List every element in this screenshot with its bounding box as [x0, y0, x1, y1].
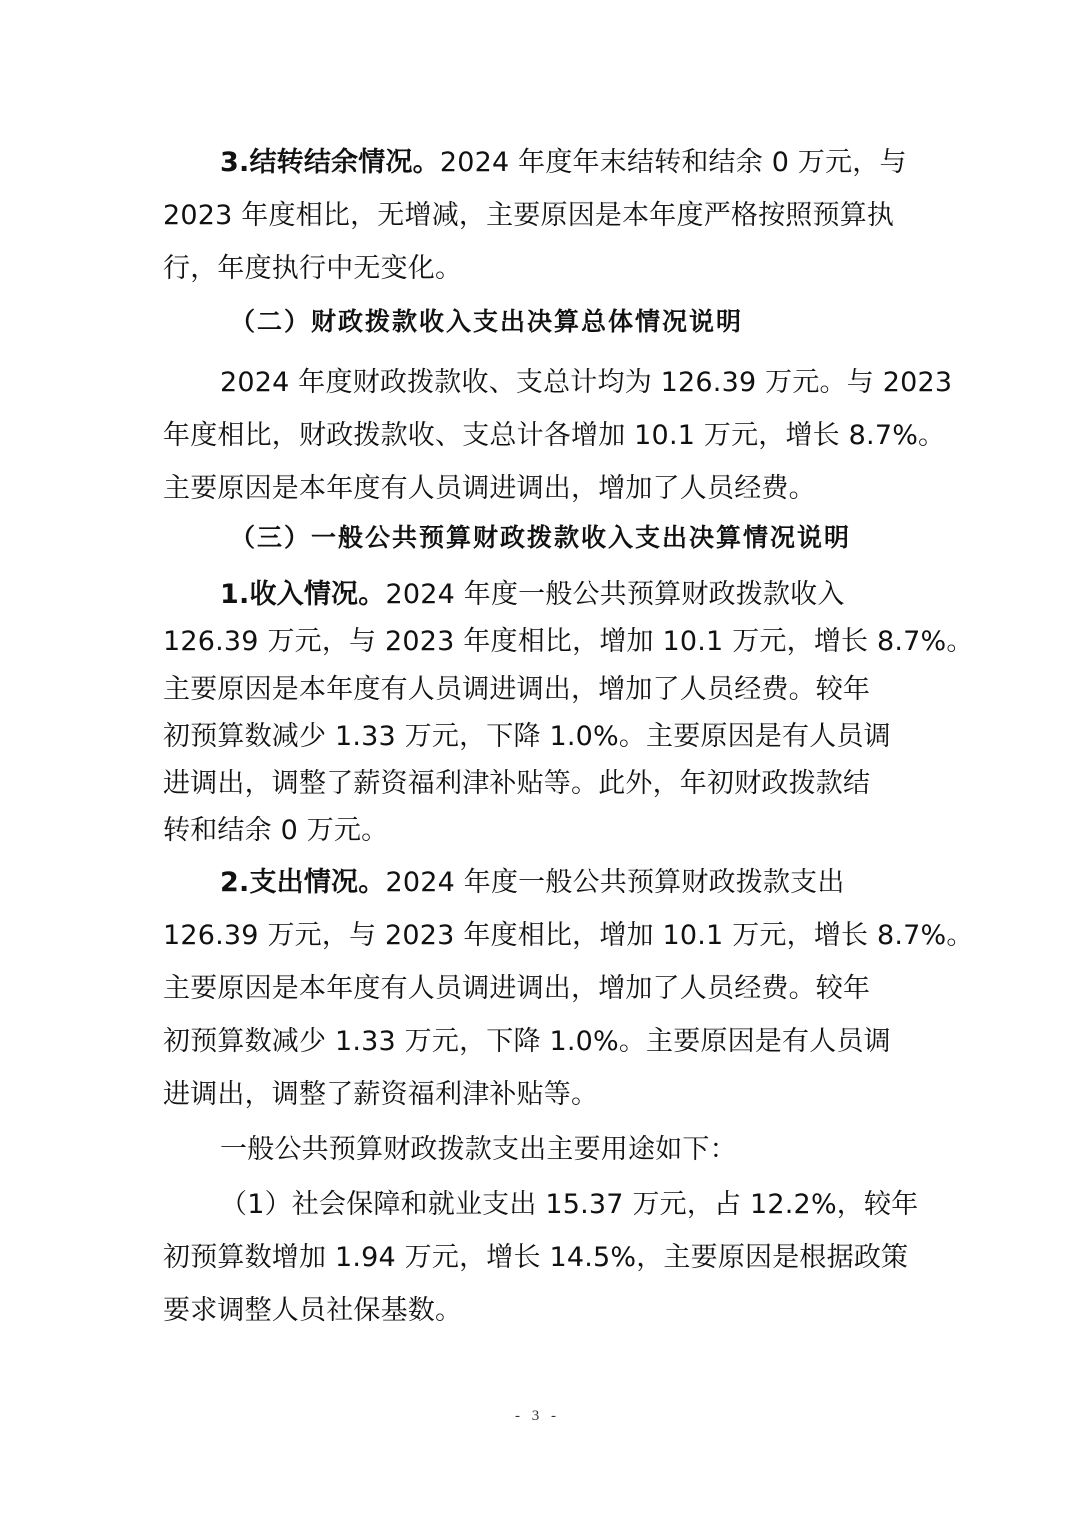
expense-line-4: 初预算数减少 1.33 万元，下降 1.0%。主要原因是有人员调 — [163, 1022, 923, 1062]
income-line-2: 126.39 万元，与 2023 年度相比，增加 10.1 万元，增长 8.7%… — [163, 622, 923, 662]
section-2-line-1: 2024 年度财政拨款收、支总计均为 126.39 万元。与 2023 — [220, 363, 980, 403]
expense-heading: 2.支出情况。 — [220, 867, 385, 898]
income-line-3: 主要原因是本年度有人员调进调出，增加了人员经费。较年 — [163, 670, 923, 710]
expense-line-3: 主要原因是本年度有人员调进调出，增加了人员经费。较年 — [163, 969, 923, 1009]
carryover-paragraph-line-1: 3.结转结余情况。2024 年度年末结转和结余 0 万元，与 — [220, 143, 980, 183]
income-text: 2024 年度一般公共预算财政拨款收入 — [385, 579, 844, 610]
section-2-line-3: 主要原因是本年度有人员调进调出，增加了人员经费。 — [163, 469, 923, 509]
income-line-5: 进调出，调整了薪资福利津补贴等。此外，年初财政拨款结 — [163, 764, 923, 804]
income-heading: 1.收入情况。 — [220, 579, 385, 610]
income-line-4: 初预算数减少 1.33 万元，下降 1.0%。主要原因是有人员调 — [163, 717, 923, 757]
expense-text: 2024 年度一般公共预算财政拨款支出 — [385, 867, 844, 898]
carryover-heading: 3.结转结余情况。 — [220, 147, 440, 178]
usage-intro: 一般公共预算财政拨款支出主要用途如下： — [220, 1130, 980, 1170]
income-line-1: 1.收入情况。2024 年度一般公共预算财政拨款收入 — [220, 575, 980, 615]
section-3-title: （三）一般公共预算财政拨款收入支出决算情况说明 — [230, 518, 990, 558]
income-line-6: 转和结余 0 万元。 — [163, 811, 923, 851]
expense-line-5: 进调出，调整了薪资福利津补贴等。 — [163, 1075, 923, 1115]
document-page: 3.结转结余情况。2024 年度年末结转和结余 0 万元，与 2023 年度相比… — [0, 0, 1075, 1520]
carryover-text: 2024 年度年末结转和结余 0 万元，与 — [440, 147, 907, 178]
expense-line-1: 2.支出情况。2024 年度一般公共预算财政拨款支出 — [220, 863, 980, 903]
carryover-paragraph-line-3: 行，年度执行中无变化。 — [163, 249, 923, 289]
usage-item-1-line-3: 要求调整人员社保基数。 — [163, 1291, 923, 1331]
expense-line-2: 126.39 万元，与 2023 年度相比，增加 10.1 万元，增长 8.7%… — [163, 916, 923, 956]
page-number: - 3 - — [0, 1408, 1075, 1425]
carryover-paragraph-line-2: 2023 年度相比，无增减，主要原因是本年度严格按照预算执 — [163, 196, 923, 236]
usage-item-1-line-1: （1）社会保障和就业支出 15.37 万元，占 12.2%，较年 — [220, 1185, 980, 1225]
section-2-title: （二）财政拨款收入支出决算总体情况说明 — [230, 302, 990, 342]
usage-item-1-line-2: 初预算数增加 1.94 万元，增长 14.5%，主要原因是根据政策 — [163, 1238, 923, 1278]
section-2-line-2: 年度相比，财政拨款收、支总计各增加 10.1 万元，增长 8.7%。 — [163, 416, 923, 456]
